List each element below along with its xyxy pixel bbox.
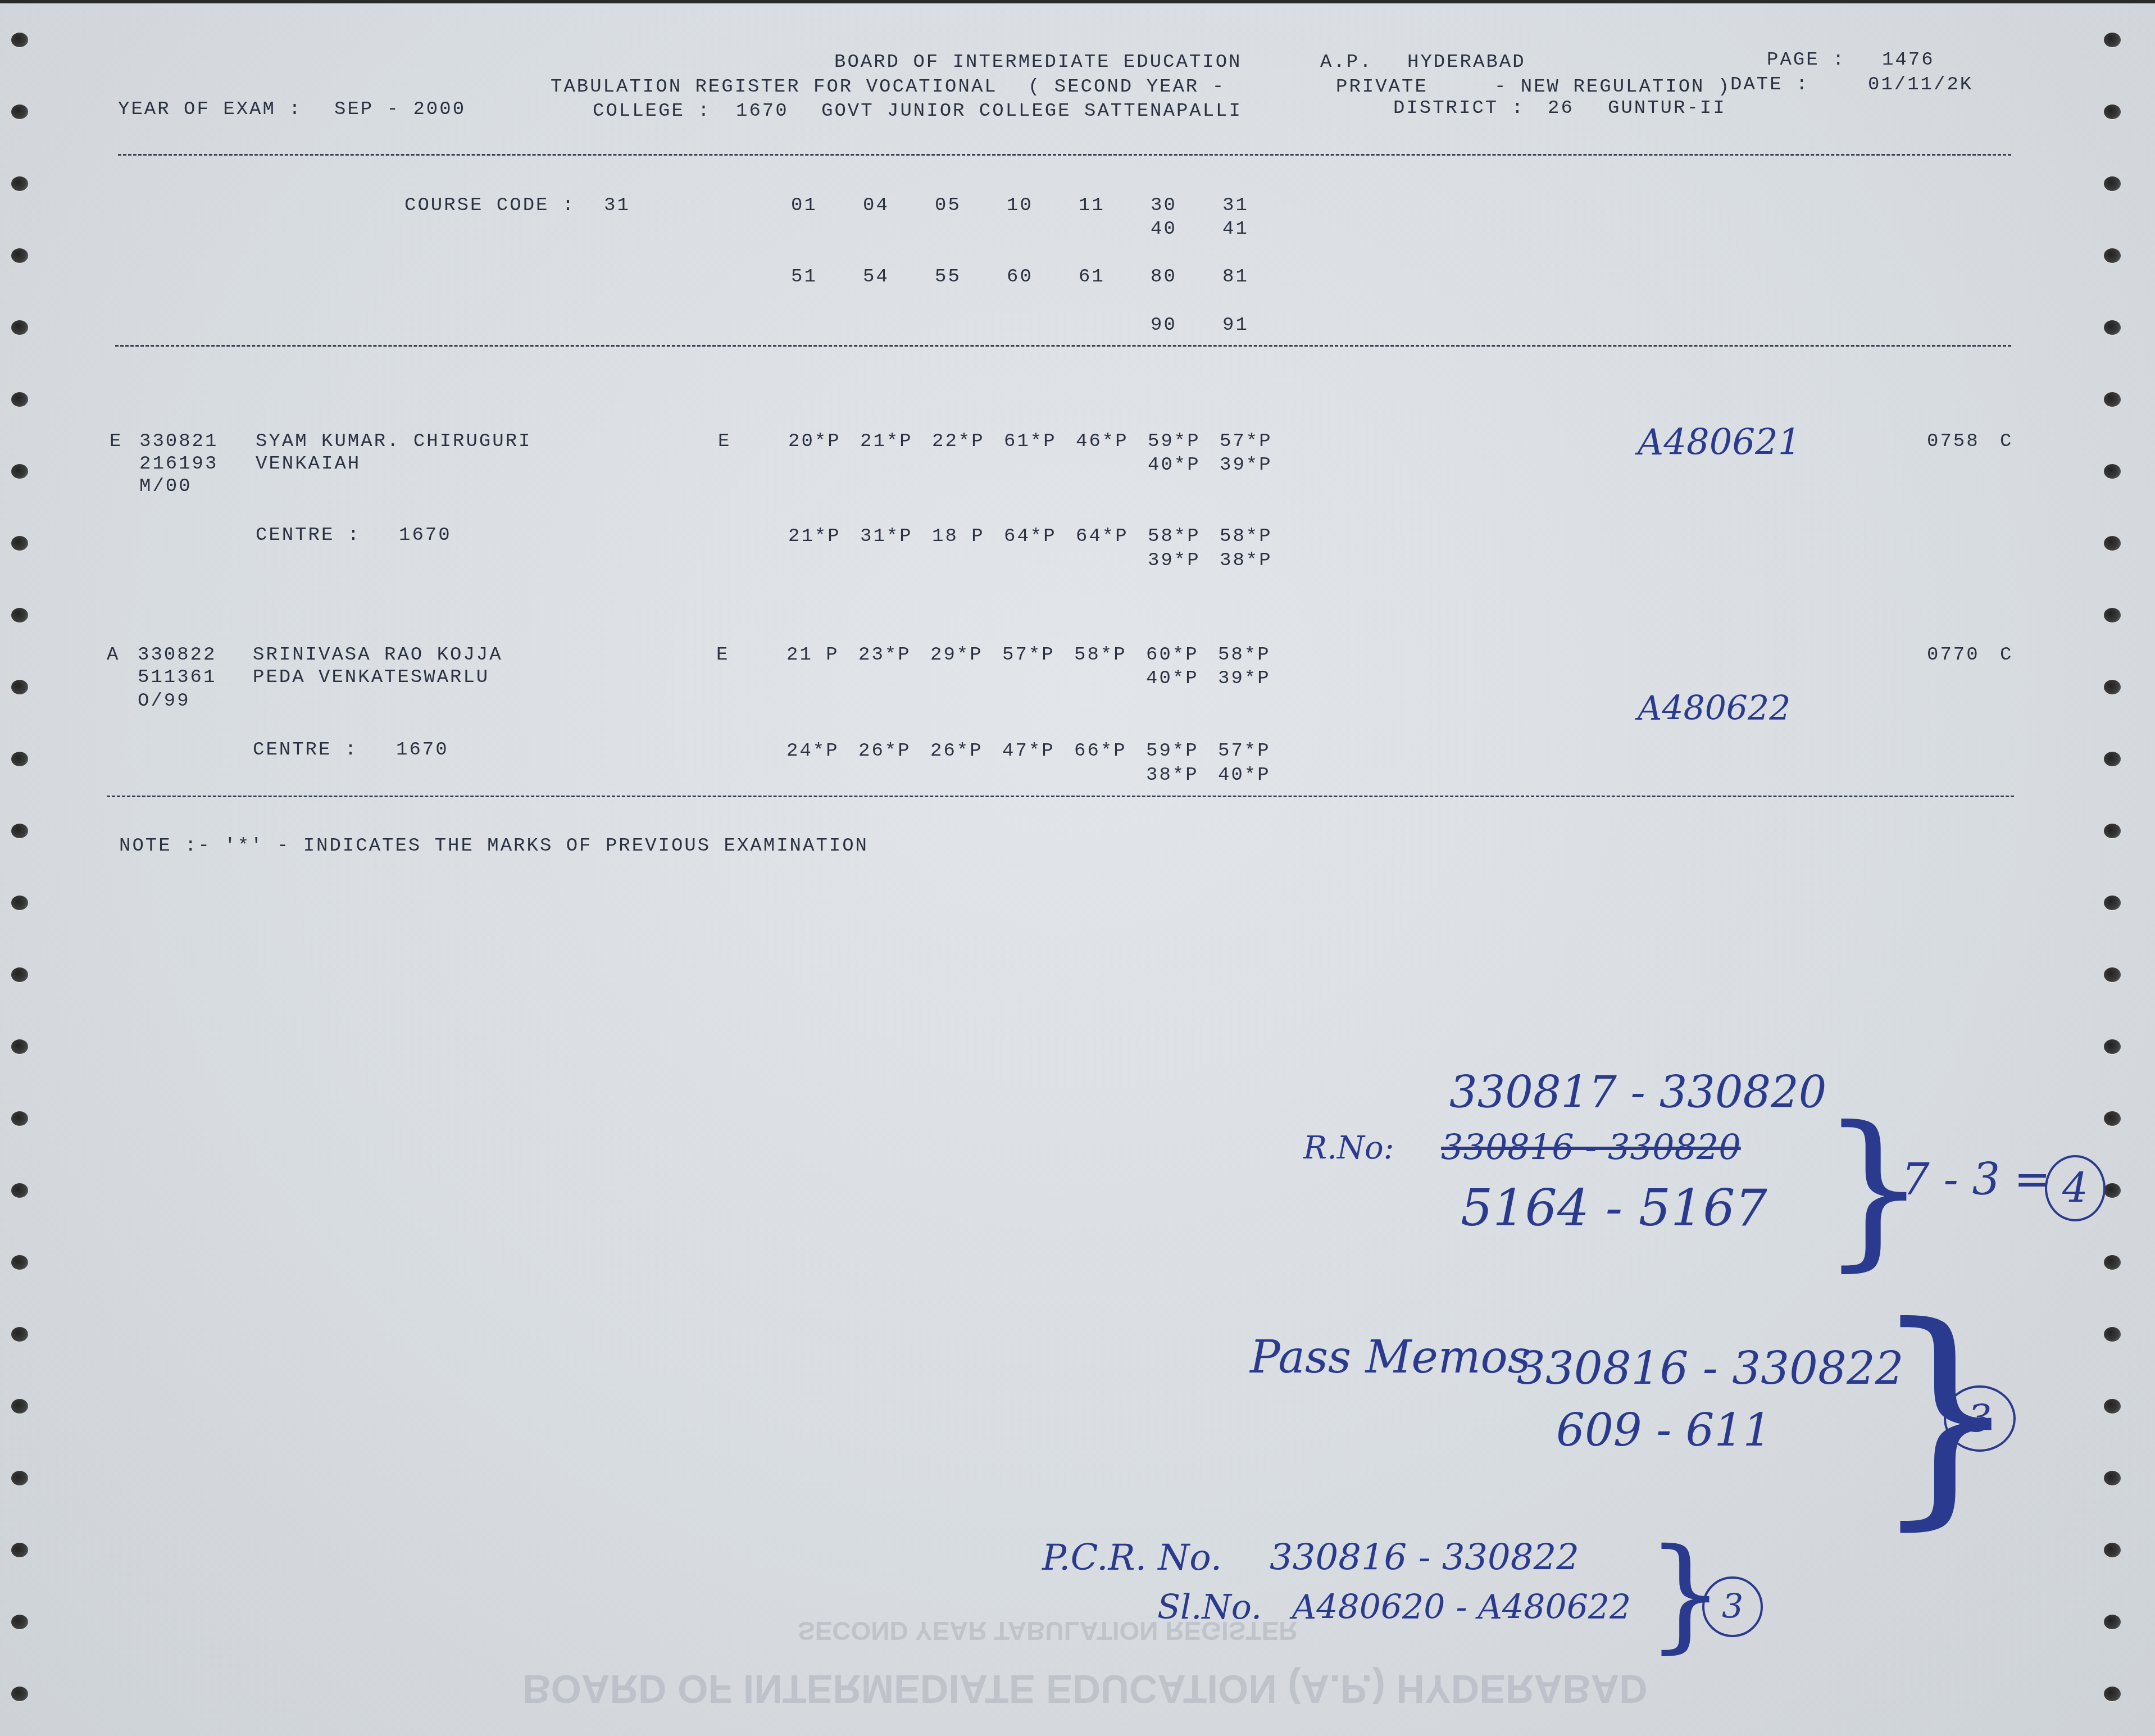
subject-code: 81: [1222, 267, 1249, 287]
subject-code: 01: [791, 196, 817, 215]
subject-code: 51: [791, 267, 817, 287]
result-class: C: [2000, 432, 2013, 451]
hall-ticket-number: 330822: [138, 646, 216, 665]
medium: E: [718, 432, 731, 451]
district-name: GUNTUR-II: [1608, 99, 1726, 118]
handwritten-count: 3: [1702, 1576, 1763, 1637]
handwritten-rno-label: R.No:: [1303, 1133, 1394, 1164]
bleed-through-text: SECOND YEAR TABULATION REGISTER: [798, 1616, 1297, 1646]
father-name: VENKAIAH: [256, 455, 361, 474]
mark: 31*P: [860, 527, 913, 546]
mark: 57*P: [1220, 432, 1272, 451]
date-label: DATE :: [1730, 75, 1809, 94]
course-code-label: COURSE CODE :: [404, 196, 575, 215]
subject-code: 40: [1151, 220, 1177, 239]
left-feed-holes: [11, 3, 45, 1736]
mark: 58*P: [1220, 527, 1272, 546]
mark: 39*P: [1148, 551, 1201, 570]
mark: 26*P: [930, 742, 983, 761]
subject-code: 90: [1151, 316, 1177, 335]
handwritten-rno-range: 5164 - 5167: [1461, 1183, 1767, 1234]
mark: 38*P: [1146, 766, 1199, 785]
year-of-exam-value: SEP - 2000: [334, 100, 466, 119]
mark: 57*P: [1002, 646, 1055, 665]
divider: [115, 345, 2011, 347]
college-label: COLLEGE :: [593, 102, 711, 121]
mark: 60*P: [1146, 646, 1199, 665]
subject-code: 55: [935, 267, 961, 287]
bleed-through-text: BOARD OF INTERMEDIATE EDUCATION (A.P.) H…: [522, 1666, 1648, 1711]
district-label: DISTRICT :: [1393, 99, 1525, 118]
id-number: 216193: [139, 455, 218, 474]
mark: 46*P: [1076, 432, 1129, 451]
total-marks: 0770: [1927, 646, 1980, 665]
mark: 26*P: [858, 742, 911, 761]
mark: 39*P: [1218, 669, 1271, 688]
divider: [107, 796, 2014, 797]
student-name: SYAM KUMAR. CHIRUGURI: [256, 432, 531, 451]
regulation: - NEW REGULATION ): [1494, 78, 1731, 97]
handwritten-pcr-label: P.C.R. No.: [1042, 1540, 1222, 1576]
handwritten-serial: A480622: [1638, 692, 1790, 725]
mark: 59*P: [1146, 742, 1199, 761]
handwritten-serial: A480621: [1638, 425, 1801, 461]
page-label: PAGE :: [1767, 51, 1845, 70]
subject-code: 80: [1151, 267, 1177, 287]
year-of-exam-label: YEAR OF EXAM :: [118, 100, 302, 119]
handwritten-range: 330817 - 330820: [1449, 1071, 1826, 1115]
subject-code: 91: [1222, 316, 1249, 335]
mark: 24*P: [786, 742, 839, 761]
hall-ticket-number: 330821: [139, 432, 218, 451]
tabulation-register-sheet: BOARD OF INTERMEDIATE EDUCATION A.P. HYD…: [0, 3, 2155, 1736]
mark: 20*P: [788, 432, 841, 451]
mark: 40*P: [1146, 669, 1199, 688]
record-status: A: [107, 646, 120, 665]
subject-code: 04: [863, 196, 889, 215]
college-name: GOVT JUNIOR COLLEGE SATTENAPALLI: [821, 102, 1242, 121]
mark: 23*P: [858, 646, 911, 665]
page-number: 1476: [1882, 51, 1935, 70]
mark: 40*P: [1148, 456, 1201, 475]
handwritten-struck-range: 330816 - 330820: [1441, 1130, 1741, 1165]
result-class: C: [2000, 646, 2013, 665]
mark: 57*P: [1218, 742, 1271, 761]
mark: 38*P: [1220, 551, 1272, 570]
mark: 64*P: [1076, 527, 1129, 546]
medium: E: [716, 646, 729, 665]
student-name: SRINIVASA RAO KOJJA: [253, 646, 503, 665]
centre-label: CENTRE :: [256, 526, 361, 545]
mark: 59*P: [1148, 432, 1201, 451]
footnote: NOTE :- '*' - INDICATES THE MARKS OF PRE…: [119, 837, 869, 856]
course-code-value: 31: [604, 196, 630, 215]
mark: 40*P: [1218, 766, 1271, 785]
handwritten-slno-range: A480620 - A480622: [1292, 1590, 1631, 1624]
mark: 18 P: [932, 527, 985, 546]
mark: 21*P: [860, 432, 913, 451]
handwritten-count: 3: [1944, 1385, 2016, 1452]
mark: 21 P: [786, 646, 839, 665]
subject-code: 54: [863, 267, 889, 287]
record-extra: O/99: [138, 692, 190, 711]
city: HYDERABAD: [1407, 53, 1526, 72]
mark: 21*P: [788, 527, 841, 546]
id-number: 511361: [138, 668, 216, 687]
mark: 39*P: [1220, 456, 1272, 475]
mark: 29*P: [930, 646, 983, 665]
mark: 58*P: [1218, 646, 1271, 665]
board-name: BOARD OF INTERMEDIATE EDUCATION: [834, 53, 1242, 72]
handwritten-pass-memo-label: Pass Memos: [1250, 1335, 1531, 1380]
subject-code: 05: [935, 196, 961, 215]
subject-code: 60: [1007, 267, 1033, 287]
college-code: 1670: [736, 102, 789, 121]
handwritten-pcr-range: 330816 - 330822: [1270, 1540, 1579, 1576]
mark: 22*P: [932, 432, 985, 451]
year-part: ( SECOND YEAR -: [1028, 78, 1225, 97]
mark: 58*P: [1074, 646, 1127, 665]
date-value: 01/11/2K: [1868, 75, 1973, 94]
subject-code: 31: [1222, 196, 1249, 215]
subject-code: 30: [1151, 196, 1177, 215]
state: A.P.: [1320, 53, 1373, 72]
handwritten-pass-memo-serials: 609 - 611: [1556, 1408, 1771, 1453]
mark: 58*P: [1148, 527, 1201, 546]
subject-code: 61: [1079, 267, 1105, 287]
subject-code: 41: [1222, 220, 1249, 239]
register-title: TABULATION REGISTER FOR VOCATIONAL: [551, 78, 998, 97]
centre-code: 1670: [399, 526, 452, 545]
centre-label: CENTRE :: [253, 740, 358, 760]
centre-code: 1670: [396, 740, 449, 760]
mark: 61*P: [1004, 432, 1057, 451]
right-feed-holes: [2104, 3, 2138, 1736]
handwritten-count: 4: [2045, 1155, 2106, 1221]
subject-code: 11: [1079, 196, 1105, 215]
divider: [118, 154, 2011, 156]
mark: 64*P: [1004, 527, 1057, 546]
category: PRIVATE: [1336, 78, 1428, 97]
total-marks: 0758: [1927, 432, 1980, 451]
subject-code: 10: [1007, 196, 1033, 215]
handwritten-calc: 7 - 3 =: [1902, 1158, 2051, 1202]
handwritten-pass-memo-range: 330816 - 330822: [1517, 1346, 1904, 1391]
mark: 47*P: [1002, 742, 1055, 761]
record-extra: M/00: [139, 477, 192, 496]
father-name: PEDA VENKATESWARLU: [253, 668, 489, 687]
district-code: 26: [1548, 99, 1574, 118]
mark: 66*P: [1074, 742, 1127, 761]
record-status: E: [110, 432, 122, 451]
